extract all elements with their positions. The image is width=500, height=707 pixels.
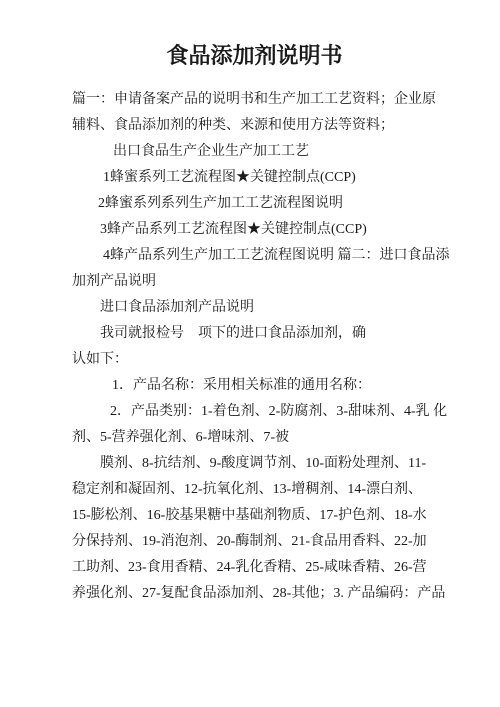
document-line: 我司就报检号 项下的进口食品添加剂，确 <box>72 321 500 347</box>
document-line: 2．产品类别：1-着色剂、2-防腐剂、3-甜味剂、4-乳 化 <box>72 399 500 425</box>
document-lines: 篇一：申请备案产品的说明书和生产加工工艺资料；企业原辅料、食品添加剂的种类、来源… <box>72 87 500 607</box>
document-line: 1．产品名称：采用相关标准的通用名称： <box>72 373 500 399</box>
document-line: 4蜂产品系列生产加工工艺流程图说明 篇二：进口食品添 <box>72 243 500 269</box>
document-line: 进口食品添加剂产品说明 <box>72 295 500 321</box>
document-line: 工助剂、23-食用香精、24-乳化香精、25-咸味香精、26-营 <box>72 555 500 581</box>
document-line: 加剂产品说明 <box>72 269 500 295</box>
document-line: 养强化剂、27-复配食品添加剂、28-其他；3. 产品编码：产品 <box>72 581 500 607</box>
document-line: 2蜂蜜系列系列生产加工工艺流程图说明 <box>72 191 500 217</box>
document-line: 出口食品生产企业生产加工工艺 <box>72 139 500 165</box>
document-line: 膜剂、8-抗结剂、9-酸度调节剂、10-面粉处理剂、11- <box>72 451 500 477</box>
document-line: 15-膨松剂、16-胶基果糖中基础剂物质、17-护色剂、18-水 <box>72 503 500 529</box>
document-line: 分保持剂、19-消泡剂、20-酶制剂、21-食品用香料、22-加 <box>72 529 500 555</box>
document-page: 食品添加剂说明书 篇一：申请备案产品的说明书和生产加工工艺资料；企业原辅料、食品… <box>0 0 500 707</box>
document-line: 剂、5-营养强化剂、6-增味剂、7-被 <box>72 425 500 451</box>
document-line: 篇一：申请备案产品的说明书和生产加工工艺资料；企业原 <box>72 87 500 113</box>
document-line: 3蜂产品系列工艺流程图★关键控制点(CCP) <box>72 217 500 243</box>
document-line: 稳定剂和凝固剂、12-抗氧化剂、13-增稠剂、14-漂白剂、 <box>72 477 500 503</box>
document-title: 食品添加剂说明书 <box>72 0 437 69</box>
document-line: 1蜂蜜系列工艺流程图★关键控制点(CCP) <box>72 165 500 191</box>
document-line: 认如下： <box>72 347 500 373</box>
document-line: 辅料、食品添加剂的种类、来源和使用方法等资料； <box>72 113 500 139</box>
